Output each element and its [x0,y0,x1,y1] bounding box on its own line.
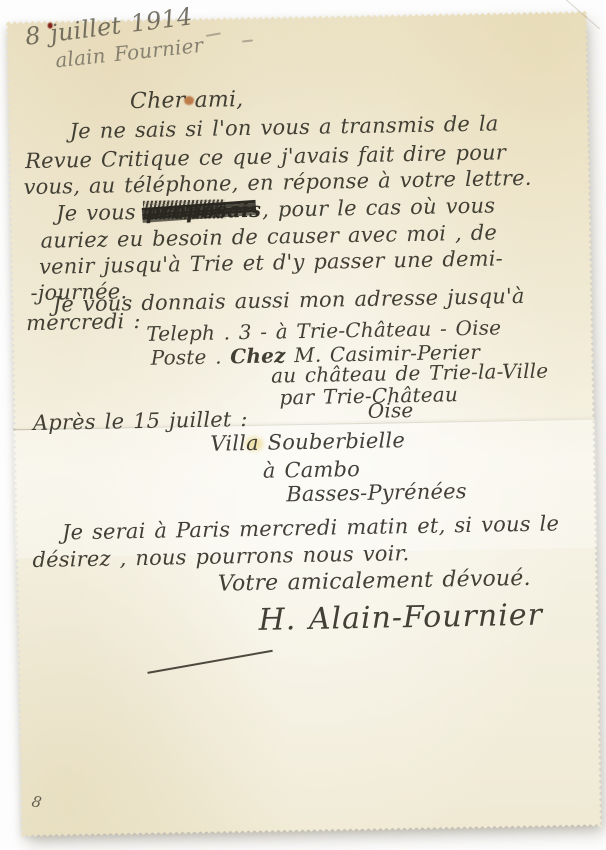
closing-line: Votre amicalement dévoué. [218,566,531,597]
address-line: Oise [368,398,414,423]
corner-crease [535,0,601,29]
scribbled-word: proposais [144,197,262,224]
letter-line: Je vous proposais, pour le cas où vous [56,192,496,225]
letter-content: 8 juillet 1914 alain Fournier Cher ami, … [6,11,603,838]
salutation: Cher ami, [130,87,244,114]
paper-wrap: 8 juillet 1914 alain Fournier Cher ami, … [6,11,603,838]
line-segment: Poste . [151,344,231,369]
letter-line: mercredi : [26,309,141,335]
line-segment: Je vous [56,200,145,226]
letter-line: Je ne sais si l'on vous a transmis de la [69,111,498,143]
pencil-smudge [206,32,221,37]
address-line: à Cambo [263,457,361,483]
scanned-letter-page: 8 juillet 1914 alain Fournier Cher ami, … [0,0,606,850]
signature: H. Alain-Fournier [258,598,543,638]
signature-underline [147,650,272,674]
pencil-smudge [242,39,253,42]
address-line: Basses-Pyrénées [286,479,467,506]
address-line: Villa Souberbielle [210,428,405,456]
corner-ink-mark: 8 [30,792,43,811]
line-segment: , pour le cas où vous [262,193,495,221]
